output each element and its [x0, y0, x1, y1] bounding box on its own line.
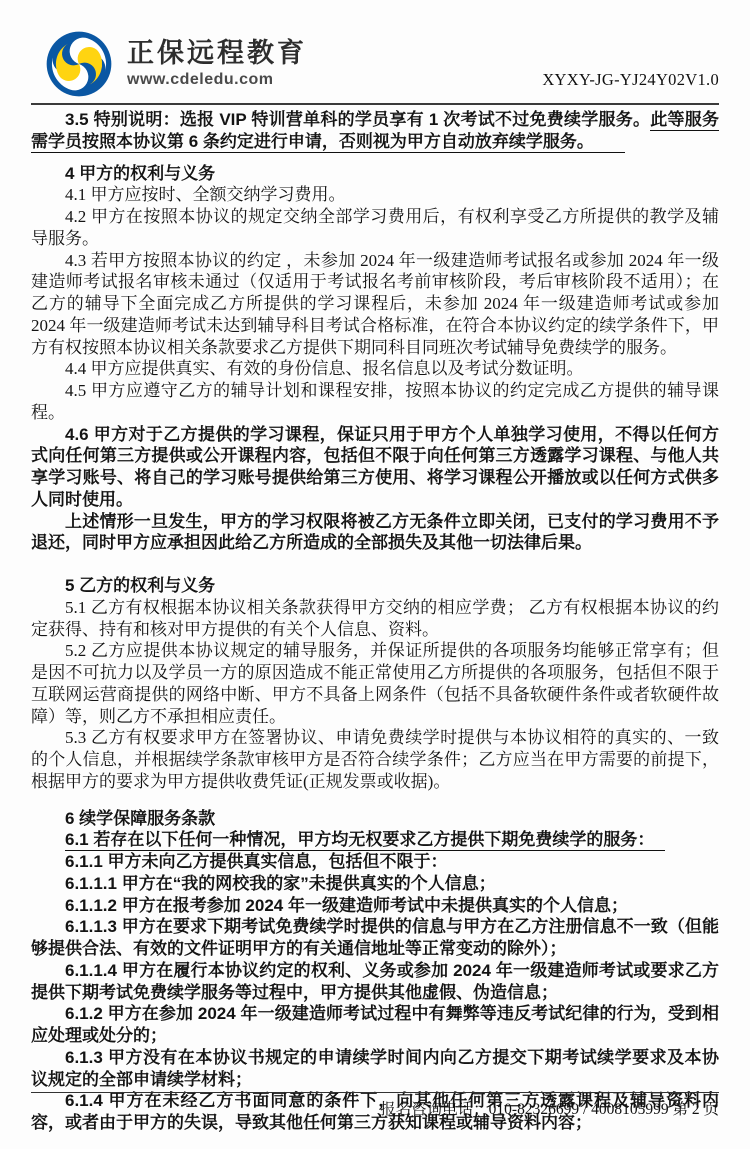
section-4-heading: 4 甲方的权利与义务 [31, 163, 719, 185]
clause-6-1-1-2: 6.1.1.2 甲方在报考参加 2024 年一级建造师考试中未提供真实的个人信息… [31, 895, 719, 917]
header: 正保远程教育 www.cdeledu.com [46, 31, 307, 97]
clause-6-1-1-1: 6.1.1.1 甲方在“我的网校我的家”未提供真实的个人信息； [31, 873, 719, 895]
clause-6-1-3: 6.1.3 甲方没有在本协议书规定的申请续学时间内向乙方提交下期考试续学要求及本… [31, 1047, 719, 1091]
header-divider [31, 103, 719, 105]
clause-6-1-1-4: 6.1.1.4 甲方在履行本协议约定的权利、义务或参加 2024 年一级建造师考… [31, 960, 719, 1004]
footer-contact-and-page-number: 报名咨询电话：010-82326699 / 4008105999 第 2 页 [31, 1097, 719, 1119]
clause-3-5-plain: 3.5 特别说明：选报 VIP 特训营单科的学员享有 1 次考试不过免费续学服务… [65, 110, 650, 129]
document-page: 正保远程教育 www.cdeledu.com XYXY-JG-YJ24Y02V1… [0, 0, 750, 1149]
brand-name: 正保远程教育 [127, 39, 307, 69]
clause-6-1-1: 6.1.1 甲方未向乙方提供真实信息，包括但不限于： [31, 851, 719, 873]
clause-6-1-underlined: 6.1 若存在以下任何一种情况，甲方均无权要求乙方提供下期免费续学的服务： [65, 830, 665, 851]
agreement-body: 3.5 特别说明：选报 VIP 特训营单科的学员享有 1 次考试不过免费续学服务… [31, 109, 719, 1134]
cdel-swirl-logo-icon [46, 31, 112, 97]
brand-url: www.cdeledu.com [127, 71, 307, 89]
clause-6-1-1-3: 6.1.1.3 甲方在要求下期考试免费续学时提供的信息与甲方在乙方注册信息不一致… [31, 916, 719, 960]
clause-4-6: 4.6 甲方对于乙方提供的学习课程，保证只用于甲方个人单独学习使用，不得以任何方… [31, 424, 719, 511]
clause-4-3: 4.3 若甲方按照本协议的约定 ，未参加 2024 年一级建造师考试报名或参加 … [31, 250, 719, 359]
clause-6-1-2: 6.1.2 甲方在参加 2024 年一级建造师考试过程中有舞弊等违反考试纪律的行… [31, 1003, 719, 1047]
clause-4-6-consequence: 上述情形一旦发生，甲方的学习权限将被乙方无条件立即关闭，已支付的学习费用不予退还… [31, 511, 719, 555]
clause-5-3: 5.3 乙方有权要求甲方在签署协议、申请免费续学时提供与本协议相符的真实的、一致… [31, 727, 719, 792]
clause-5-2: 5.2 乙方应提供本协议规定的辅导服务，并保证所提供的各项服务均能够正常享有；但… [31, 640, 719, 727]
clause-3-5: 3.5 特别说明：选报 VIP 特训营单科的学员享有 1 次考试不过免费续学服务… [31, 109, 719, 153]
clause-4-5: 4.5 甲方应遵守乙方的辅导计划和课程安排，按照本协议的约定完成乙方提供的辅导课… [31, 380, 719, 424]
section-5-heading: 5 乙方的权利与义务 [31, 575, 719, 597]
clause-4-2: 4.2 甲方在按照本协议的规定交纳全部学习费用后，有权利享受乙方所提供的教学及辅… [31, 206, 719, 250]
clause-5-1: 5.1 乙方有权根据本协议相关条款获得甲方交纳的相应学费； 乙方有权根据本协议的… [31, 597, 719, 641]
footer-divider [31, 1092, 719, 1093]
document-code: XYXY-JG-YJ24Y02V1.0 [542, 70, 719, 90]
logo-text-block: 正保远程教育 www.cdeledu.com [127, 39, 307, 90]
clause-6-1: 6.1 若存在以下任何一种情况，甲方均无权要求乙方提供下期免费续学的服务： [31, 829, 719, 851]
clause-4-1: 4.1 甲方应按时、全额交纳学习费用。 [31, 184, 719, 206]
section-6-heading: 6 续学保障服务条款 [31, 808, 719, 830]
clause-4-4: 4.4 甲方应提供真实、有效的身份信息、报名信息以及考试分数证明。 [31, 358, 719, 380]
